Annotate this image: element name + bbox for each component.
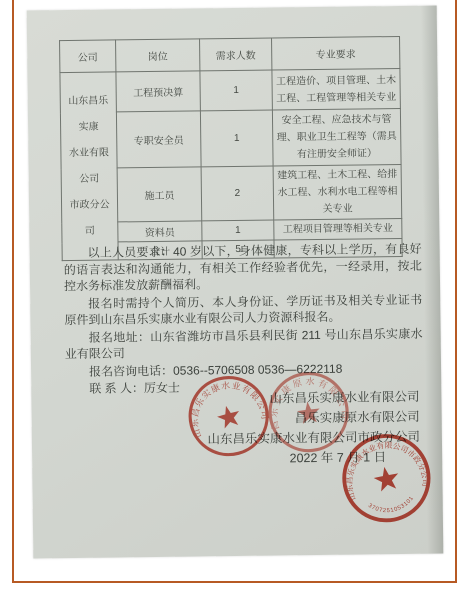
paragraph-requirements: 以上人员要求：40 岁以下，身体健康，专科以上学历，有良好的语言表达和沟通能力，… bbox=[64, 241, 423, 295]
count-cell: 1 bbox=[202, 220, 274, 241]
column-header-count: 需求人数 bbox=[200, 38, 272, 71]
svg-text:3707251053101: 3707251053101 bbox=[366, 494, 417, 518]
column-header-company: 公司 bbox=[60, 40, 116, 73]
document-photo: 公司 岗位 需求人数 专业要求 山东昌乐实康 水业有限公司 市政分公司 工程预决… bbox=[27, 6, 444, 559]
position-cell: 专职安全员 bbox=[116, 111, 201, 168]
screenshot-stage: 公司 岗位 需求人数 专业要求 山东昌乐实康 水业有限公司 市政分公司 工程预决… bbox=[0, 0, 471, 593]
table-row: 山东昌乐实康 水业有限公司 市政分公司 工程预决算 1 工程造价、项目管理、土木… bbox=[60, 68, 400, 112]
seal-number-text: 3707251053101 bbox=[366, 494, 417, 518]
notice-body: 以上人员要求：40 岁以下，身体健康，专科以上学历，有良好的语言表达和沟通能力，… bbox=[64, 241, 424, 399]
position-cell: 资料员 bbox=[118, 221, 202, 242]
requirement-cell: 安全工程、应急技术与管理、职业卫生工程等（需具有注册安全师证） bbox=[272, 108, 401, 166]
requirement-cell: 建筑工程、土木工程、给排水工程、水利水电工程等相关专业 bbox=[273, 164, 402, 220]
recruitment-table: 公司 岗位 需求人数 专业要求 山东昌乐实康 水业有限公司 市政分公司 工程预决… bbox=[59, 36, 403, 261]
star-icon bbox=[372, 465, 401, 493]
column-header-requirement: 专业要求 bbox=[272, 36, 400, 70]
table-header-row: 公司 岗位 需求人数 专业要求 bbox=[60, 36, 400, 72]
column-header-position: 岗位 bbox=[116, 39, 200, 72]
signature-date: 2022 年 7 月 1 日 bbox=[66, 447, 426, 471]
requirement-cell: 工程造价、项目管理、土木工程、工程管理等相关专业 bbox=[272, 68, 400, 110]
signature-block: 山东昌乐实康水业有限公司 昌乐实康原水有限公司 山东昌乐实康水业有限公司市政分公… bbox=[65, 387, 426, 471]
count-cell: 1 bbox=[200, 70, 272, 111]
position-cell: 施工员 bbox=[117, 167, 202, 222]
paragraph-application: 报名时需持个人简历、本人身份证、学历证书及相关专业证书原件到山东昌乐实康水业有限… bbox=[64, 291, 422, 328]
paper-edge-shadow bbox=[421, 6, 444, 554]
position-cell: 工程预决算 bbox=[116, 71, 200, 112]
count-cell: 2 bbox=[201, 166, 274, 221]
count-cell: 1 bbox=[200, 110, 273, 167]
requirement-cell: 工程项目管理等相关专业 bbox=[274, 218, 402, 240]
company-cell: 山东昌乐实康 水业有限公司 市政分公司 bbox=[60, 72, 118, 261]
paragraph-address: 报名地址：山东省潍坊市昌乐县利民街 211 号山东昌乐实康水业有限公司 bbox=[65, 325, 423, 362]
